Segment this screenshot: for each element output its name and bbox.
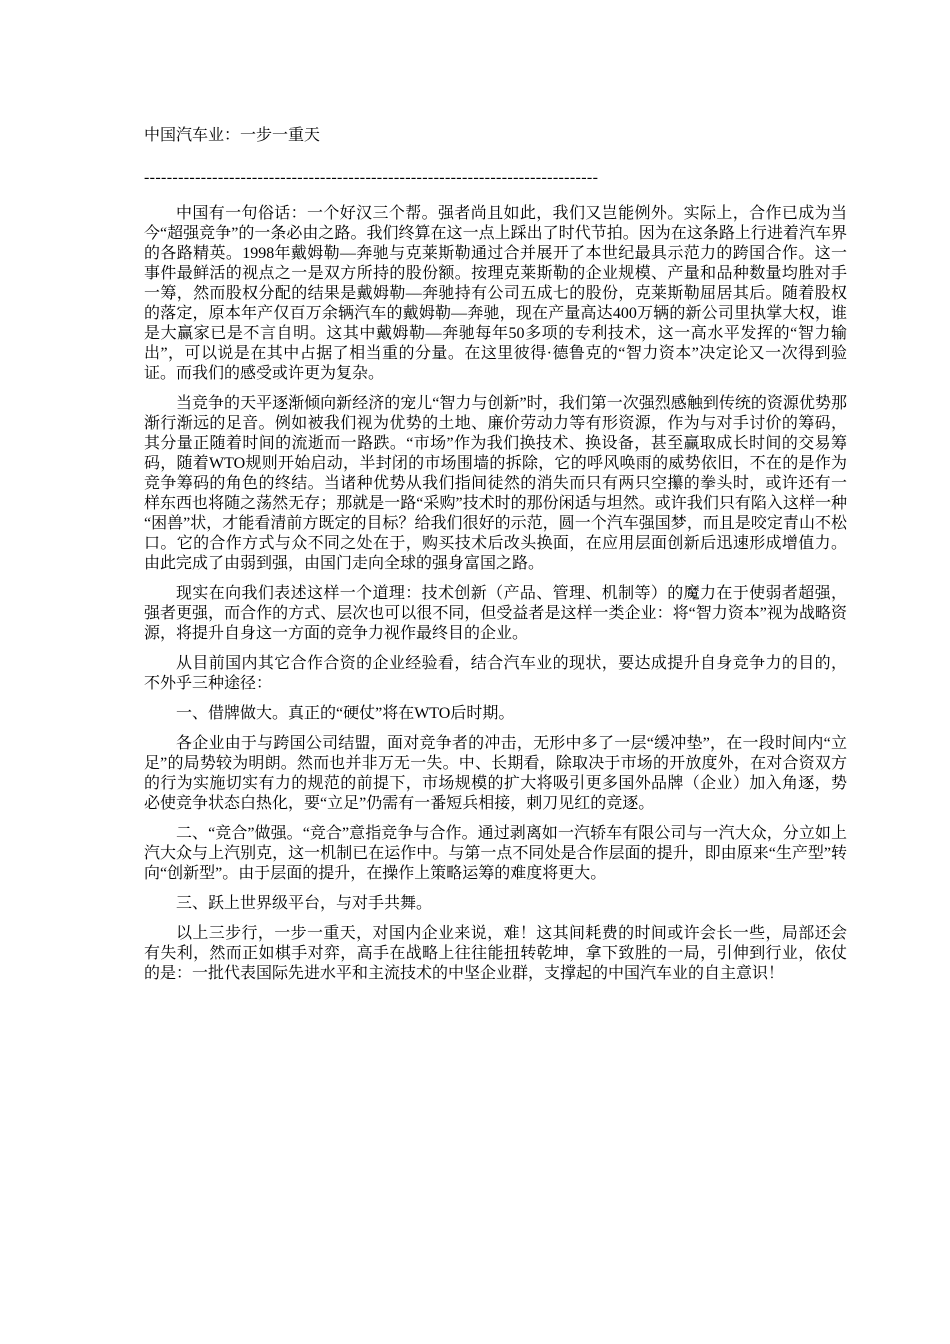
- separator-line: ----------------------------------------…: [144, 168, 847, 188]
- paragraph-section-1-body: 各企业由于与跨国公司结盟，面对竞争者的冲击，无形中多了一层“缓冲垫”，在一段时间…: [144, 734, 847, 814]
- paragraph-intro: 中国有一句俗话：一个好汉三个帮。强者尚且如此，我们又岂能例外。实际上，合作已成为…: [144, 204, 847, 384]
- paragraph-conclusion: 以上三步行，一步一重天，对国内企业来说，难！这其间耗费的时间或许会长一些，局部还…: [144, 924, 847, 984]
- section-heading-2: 二、“竞合”做强。“竞合”意指竞争与合作。通过剥离如一汽轿车有限公司与一汽大众，…: [144, 824, 847, 884]
- paragraph-three-approaches-lead: 从目前国内其它合作合资的企业经验看，结合汽车业的现状，要达成提升自身竞争力的目的…: [144, 654, 847, 694]
- section-heading-3: 三、跃上世界级平台，与对手共舞。: [144, 894, 847, 914]
- paragraph-competition-balance: 当竞争的天平逐渐倾向新经济的宠儿“智力与创新”时，我们第一次强烈感触到传统的资源…: [144, 394, 847, 574]
- document-body: 中国汽车业：一步一重天 ----------------------------…: [144, 126, 847, 994]
- paragraph-innovation-principle: 现实在向我们表述这样一个道理：技术创新（产品、管理、机制等）的魔力在于使弱者超强…: [144, 584, 847, 644]
- section-heading-1: 一、借牌做大。真正的“硬仗”将在WTO后时期。: [144, 704, 847, 724]
- document-title: 中国汽车业：一步一重天: [144, 126, 847, 146]
